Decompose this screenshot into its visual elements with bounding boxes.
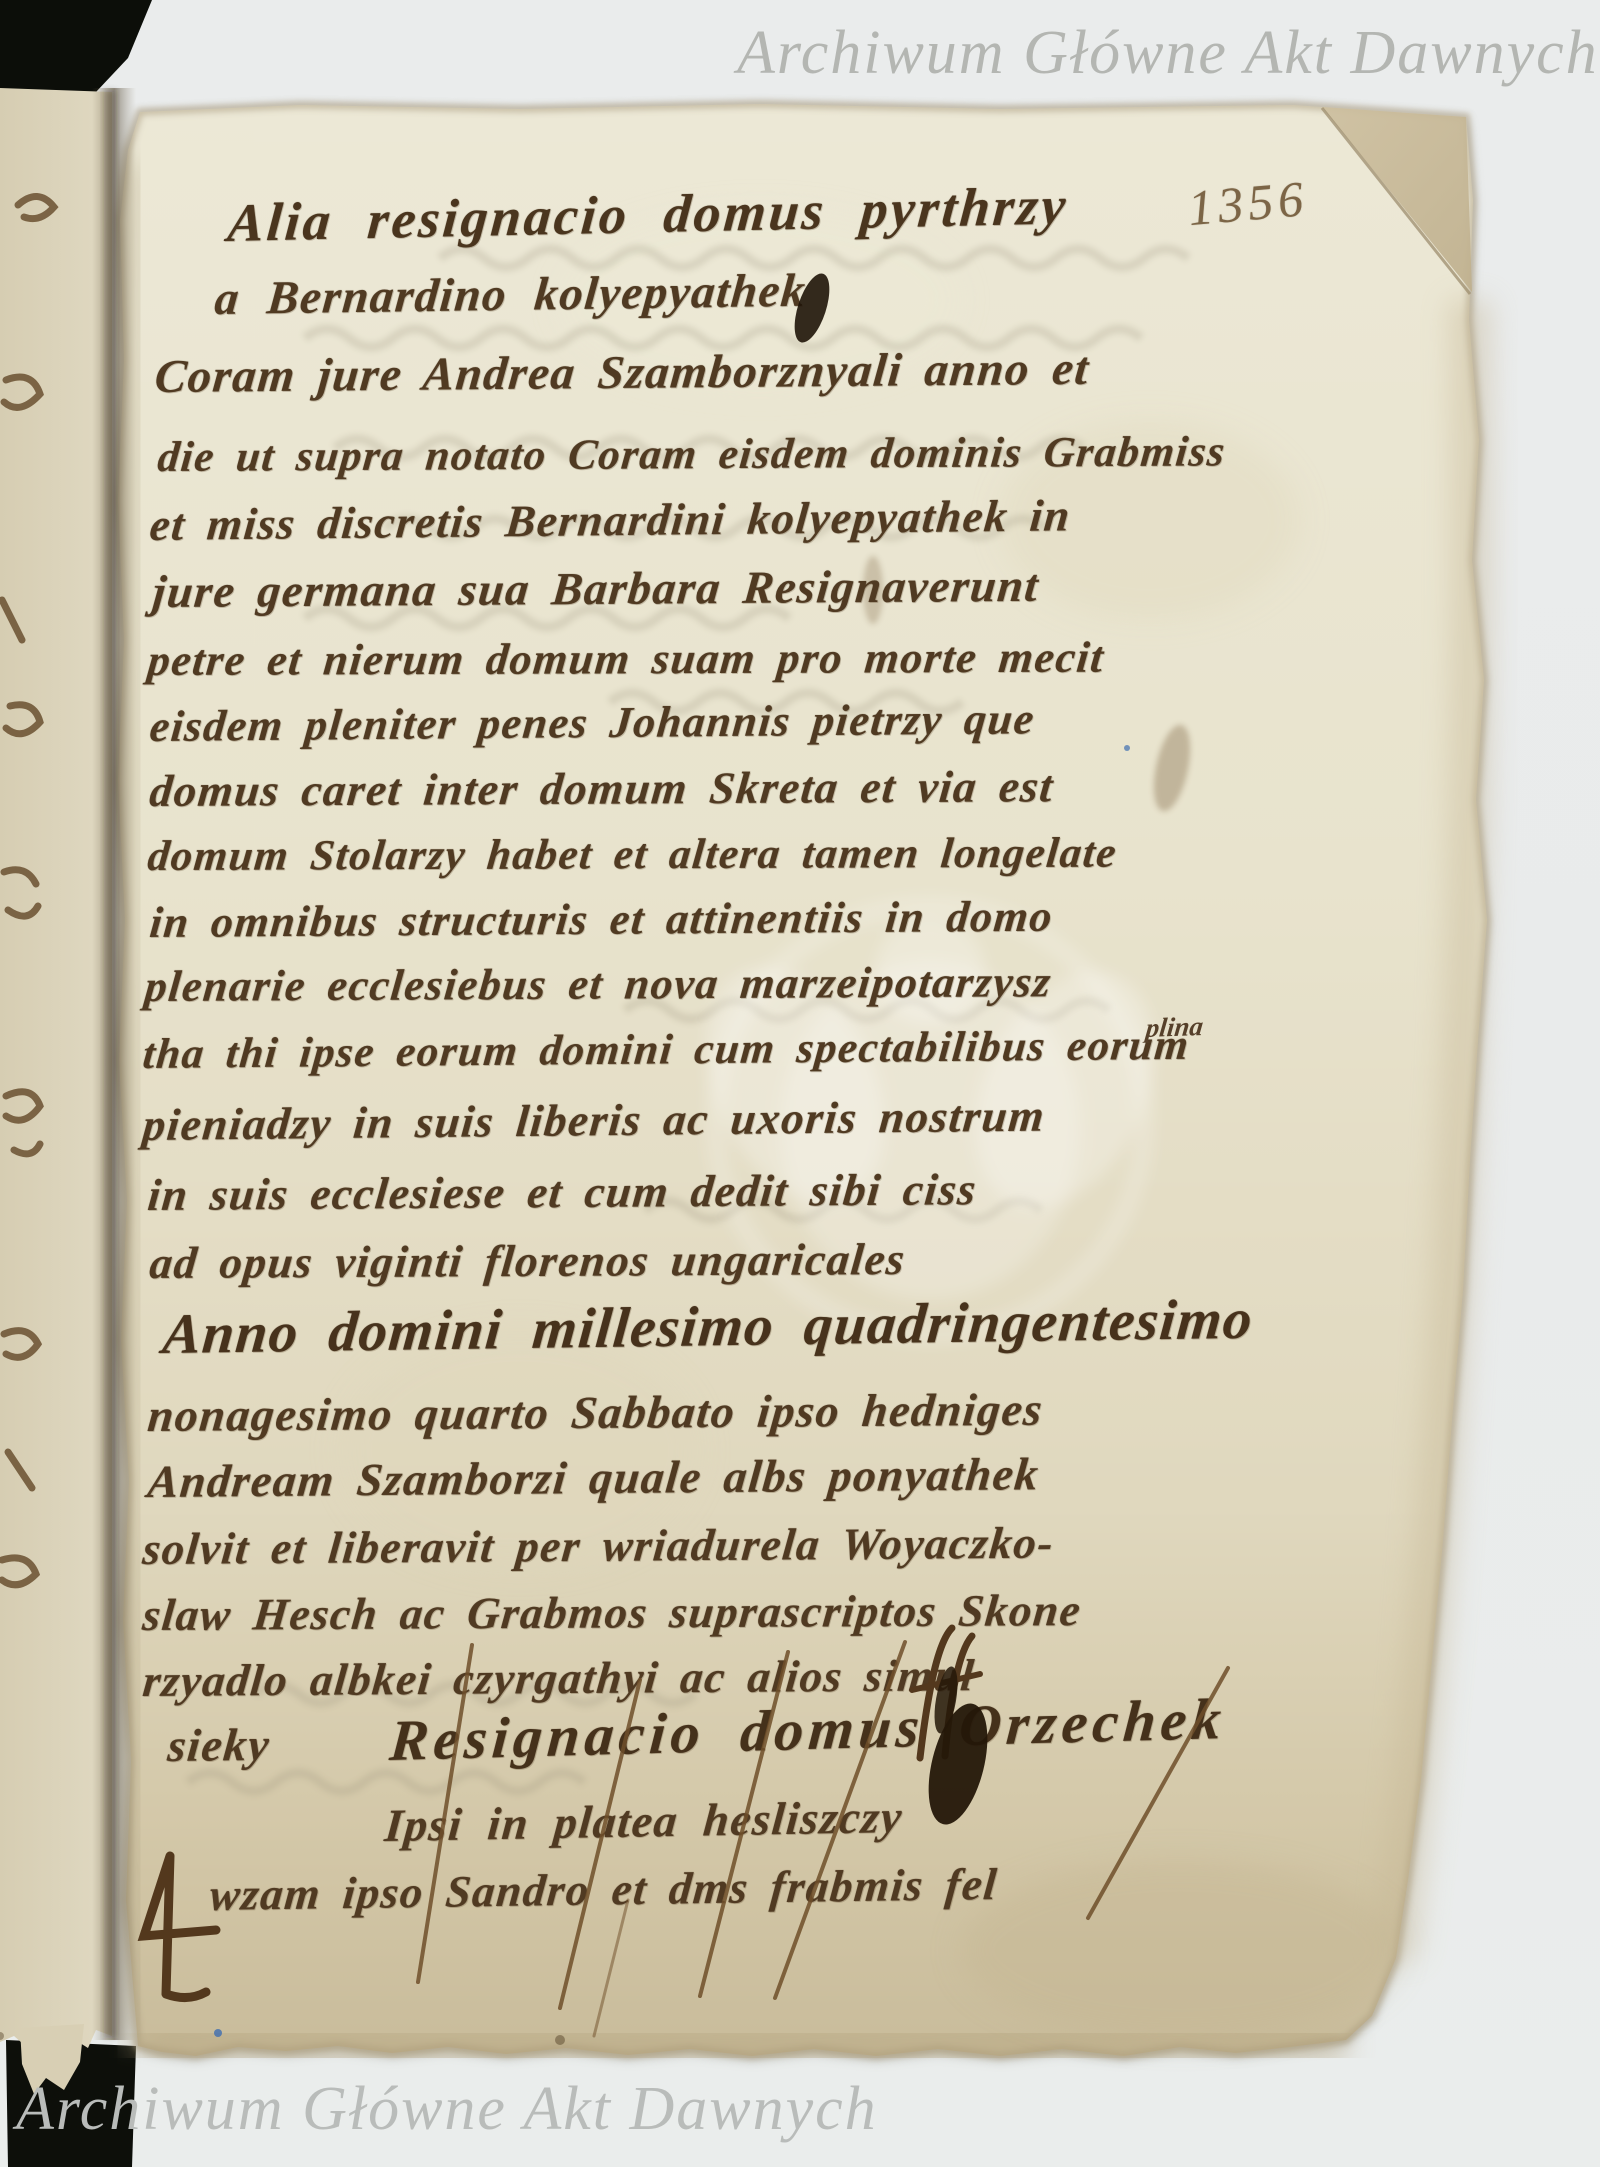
manuscript-line: pieniadzy in suis liberis ac uxoris nost… xyxy=(141,1094,1047,1148)
manuscript-line: Anno domini millesimo quadringentesimo xyxy=(160,1291,1255,1363)
manuscript-line: plenarie ecclesiebus et nova marzeipotar… xyxy=(143,960,1054,1009)
manuscript-line: Andream Szamborzi quale albs ponyathek xyxy=(146,1451,1042,1505)
manuscript-line: in suis ecclesiese et cum dedit sibi cis… xyxy=(146,1167,979,1218)
manuscript-line: a Bernardino kolyepyathek xyxy=(213,268,808,323)
manuscript-line: domum Stolarzy habet et altera tamen lon… xyxy=(146,832,1119,878)
manuscript-line: domus caret inter domum Skreta et via es… xyxy=(148,764,1056,814)
manuscript-line: Coram jure Andrea Szamborznyali anno et xyxy=(153,346,1092,401)
manuscript-line: Alia resignacio domus pyrthrzy xyxy=(226,178,1071,250)
archive-watermark-top: Archiwum Główne Akt Dawnych xyxy=(737,22,1599,84)
manuscript-line: solvit et liberavit per wriadurela Woyac… xyxy=(141,1521,1057,1572)
manuscript-line: petre et nierum domum suam pro morte mec… xyxy=(146,636,1107,683)
manuscript-line: die ut supra notato Coram eisdem dominis… xyxy=(156,430,1228,479)
manuscript-line: et miss discretis Bernardini kolyepyathe… xyxy=(148,493,1073,548)
manuscript-text: Alia resignacio domus pyrthrzya Bernardi… xyxy=(0,0,1600,2167)
manuscript-line: ad opus viginti florenos ungaricales xyxy=(148,1237,908,1286)
manuscript-line: nonagesimo quarto Sabbato ipso hedniges xyxy=(146,1387,1046,1439)
manuscript-line: jure germana sua Barbara Resignaverunt xyxy=(151,563,1042,615)
scan-canvas: 1356 Alia resignacio domus pyrthrzya Ber… xyxy=(0,0,1600,2167)
interlinear-insert: plina xyxy=(1144,1011,1205,1044)
manuscript-line: wzam ipso Sandro et dms frabmis fel xyxy=(208,1862,1000,1918)
archive-watermark-bottom: Archiwum Główne Akt Dawnych xyxy=(16,2078,878,2140)
manuscript-line: in omnibus structuris et attinentiis in … xyxy=(148,895,1055,945)
manuscript-line: tha thi ipse eorum domini cum spectabili… xyxy=(141,1024,1192,1076)
manuscript-line: Ipsi in platea hesliszczy xyxy=(383,1794,905,1849)
manuscript-line: sieky xyxy=(166,1722,272,1769)
manuscript-line: slaw Hesch ac Grabmos suprascriptos Skon… xyxy=(141,1588,1084,1638)
manuscript-line: eisdem pleniter penes Johannis pietrzy q… xyxy=(148,697,1037,749)
